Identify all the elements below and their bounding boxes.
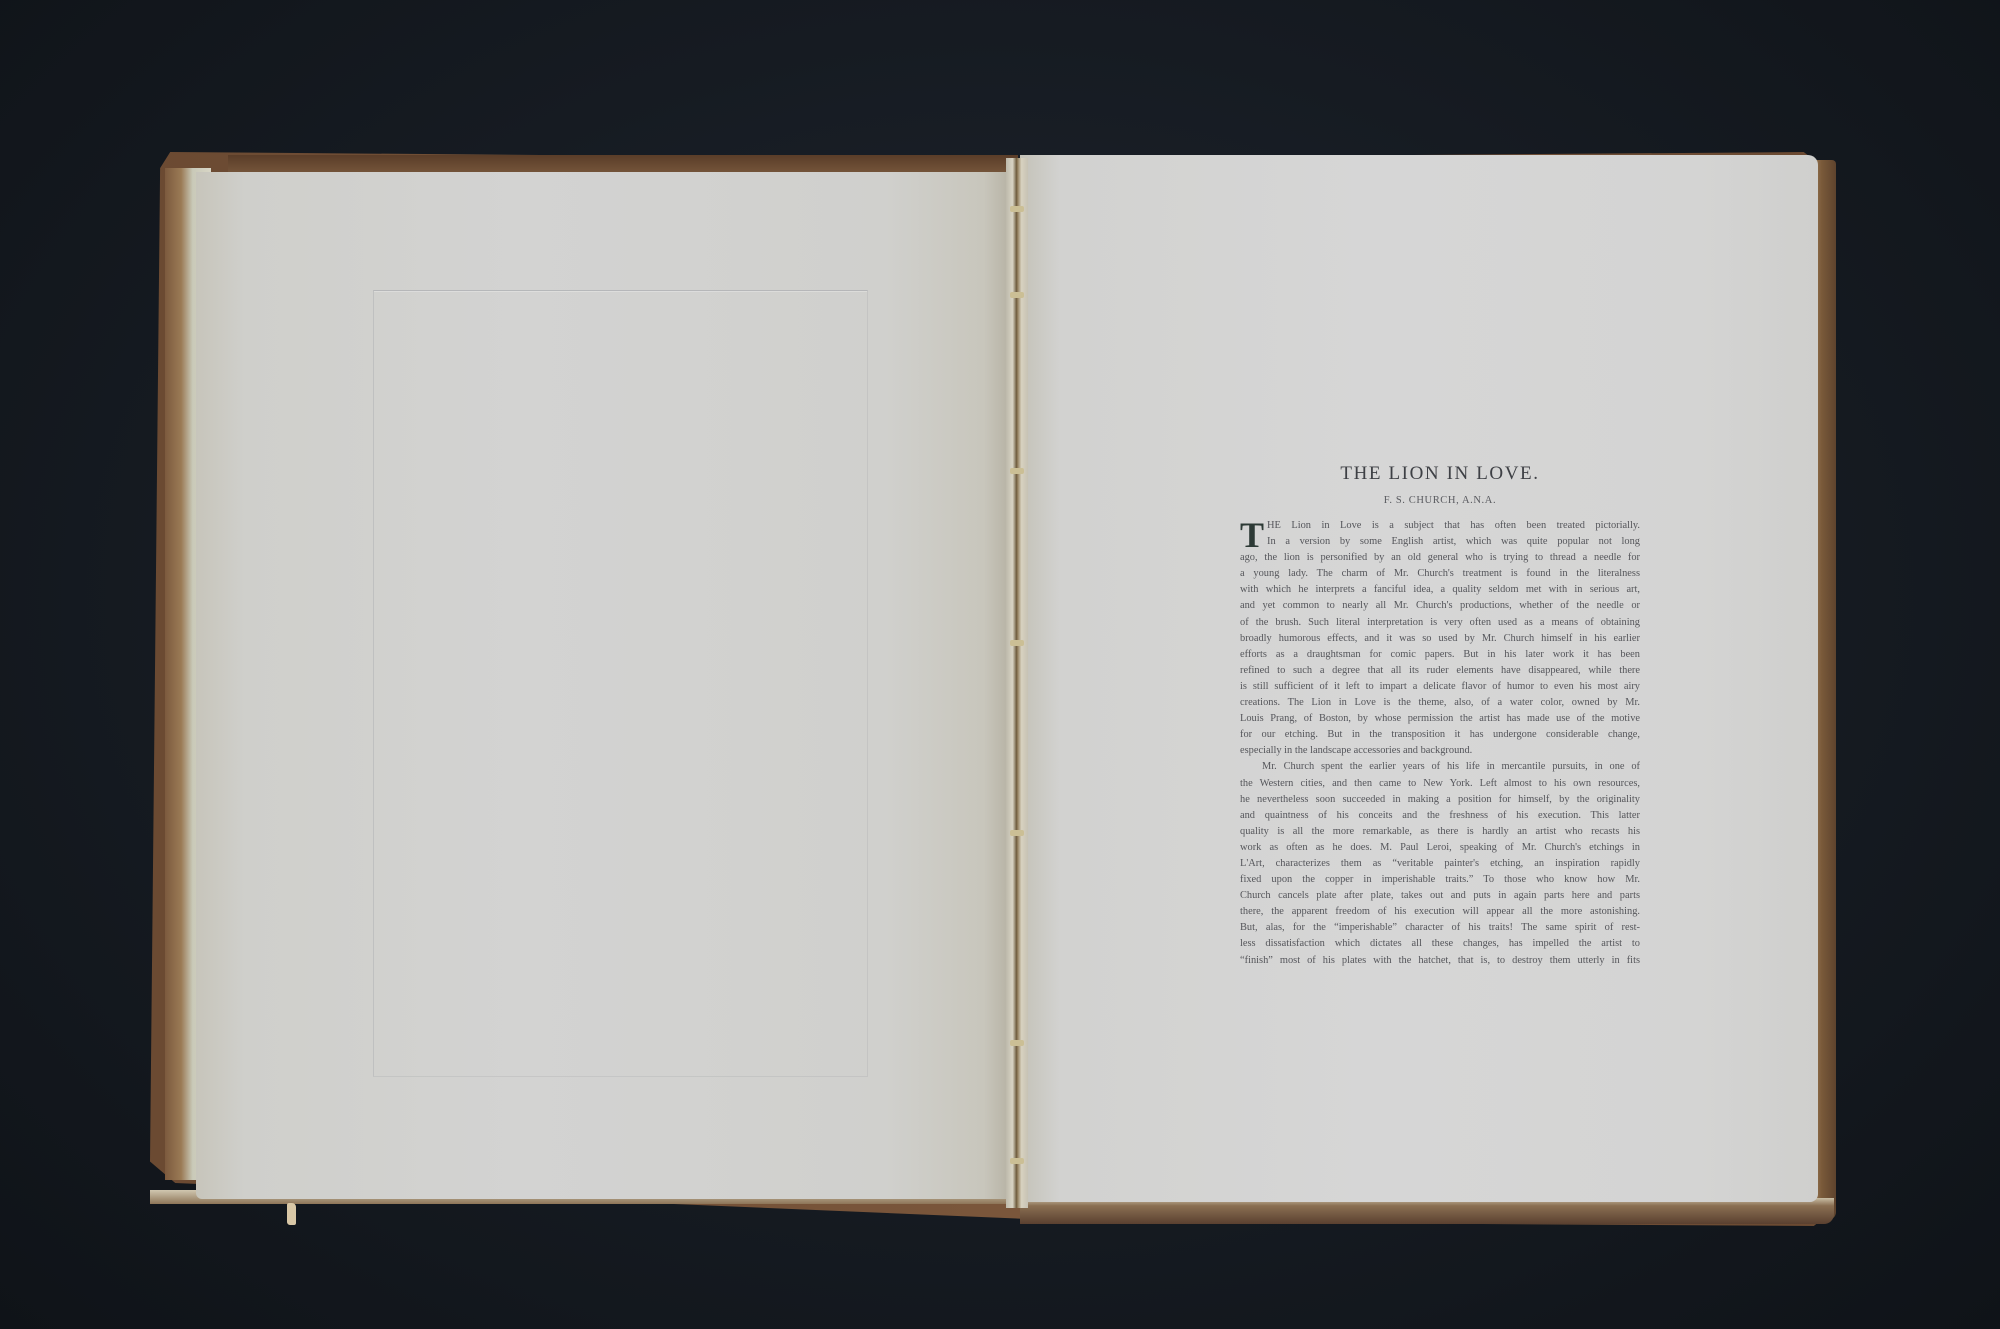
text-line: and yet common to nearly all Mr. Church'… — [1240, 598, 1640, 614]
text-line: less dissatisfaction which dictates all … — [1240, 936, 1640, 952]
text-line: work as often as he does. M. Paul Leroi,… — [1240, 840, 1640, 856]
text-line: fixed upon the copper in imperishable tr… — [1240, 872, 1640, 888]
left-page — [196, 172, 1008, 1199]
text-line: quality is all the more remarkable, as t… — [1240, 824, 1640, 840]
paragraph-2: Mr. Church spent the earlier years of hi… — [1240, 759, 1640, 968]
binding-stitch — [1010, 206, 1024, 212]
text-line: there, the apparent freedom of his execu… — [1240, 904, 1640, 920]
text-line: a young lady. The charm of Mr. Church's … — [1240, 566, 1640, 582]
text-line: broadly humorous effects, and it was so … — [1240, 631, 1640, 647]
text-line: refined to such a degree that all its ru… — [1240, 663, 1640, 679]
text-line: is still sufficient of it left to impart… — [1240, 679, 1640, 695]
text-line: Louis Prang, of Boston, by whose permiss… — [1240, 711, 1640, 727]
text-line: and quaintness of his conceits and the f… — [1240, 808, 1640, 824]
article-byline: F. S. CHURCH, A.N.A. — [1240, 495, 1640, 506]
binding-stitch — [1010, 292, 1024, 298]
text-line: for our etching. But in the transpositio… — [1240, 727, 1640, 743]
text-line: with which he interprets a fanciful idea… — [1240, 582, 1640, 598]
text-line: of the brush. Such literal interpretatio… — [1240, 615, 1640, 631]
text-line: HE Lion in Love is a subject that has of… — [1240, 518, 1640, 534]
binding-stitch — [1010, 1158, 1024, 1164]
article-title: THE LION IN LOVE. — [1240, 463, 1640, 485]
book-spine-gutter — [1006, 158, 1028, 1208]
binding-stitch — [1010, 640, 1024, 646]
text-line: Church cancels plate after plate, takes … — [1240, 888, 1640, 904]
text-line: ago, the lion is personified by an old g… — [1240, 550, 1640, 566]
text-line: creations. The Lion in Love is the theme… — [1240, 695, 1640, 711]
text-line: Mr. Church spent the earlier years of hi… — [1240, 759, 1640, 775]
text-line: “finish” most of his plates with the hat… — [1240, 953, 1640, 969]
text-line: the Western cities, and then came to New… — [1240, 776, 1640, 792]
article-text-block: THE LION IN LOVE. F. S. CHURCH, A.N.A. T… — [1240, 463, 1640, 969]
paragraph-1: T HE Lion in Love is a subject that has … — [1240, 518, 1640, 759]
text-line: he nevertheless soon succeeded in making… — [1240, 792, 1640, 808]
etching-plate-mark — [373, 290, 868, 1077]
binding-stitch — [1010, 1040, 1024, 1046]
binding-stitch — [1010, 468, 1024, 474]
text-line: L'Art, characterizes them as “veritable … — [1240, 856, 1640, 872]
text-line: But, alas, for the “imperishable” charac… — [1240, 920, 1640, 936]
paper-scrap — [287, 1203, 296, 1225]
binding-stitch — [1010, 830, 1024, 836]
text-line: In a version by some English artist, whi… — [1240, 534, 1640, 550]
text-line: efforts as a draughtsman for comic paper… — [1240, 647, 1640, 663]
text-line: especially in the landscape accessories … — [1240, 743, 1640, 759]
drop-cap: T — [1240, 520, 1264, 550]
